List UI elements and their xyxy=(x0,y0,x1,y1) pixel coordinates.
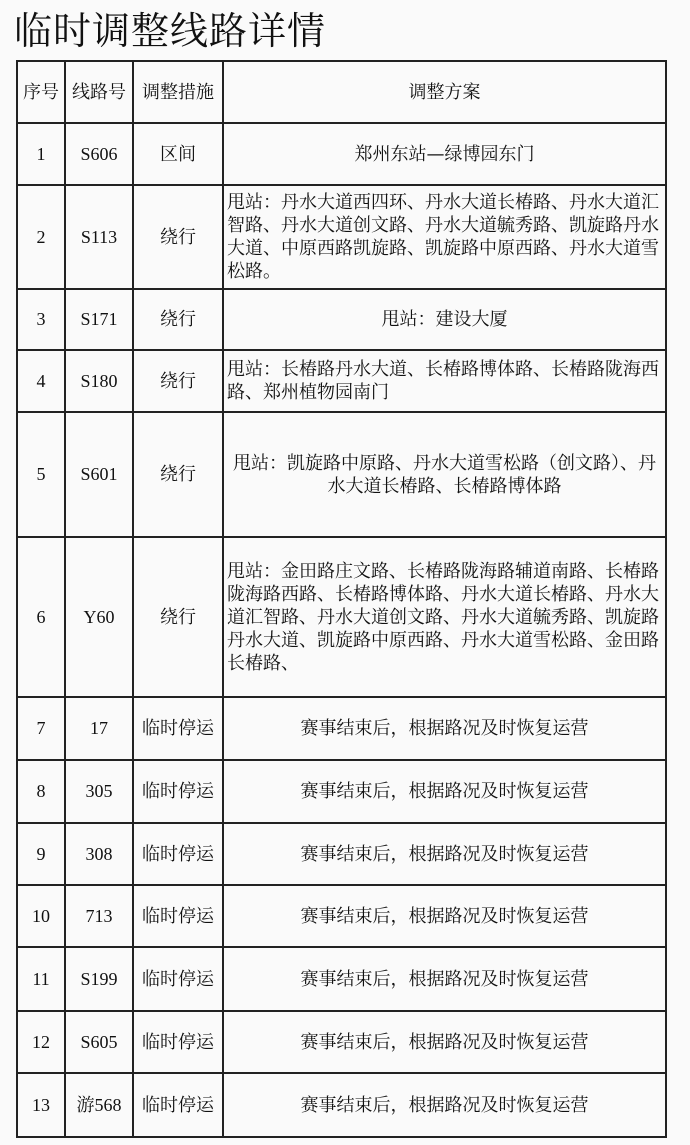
table-row: 717临时停运赛事结束后，根据路况及时恢复运营 xyxy=(17,697,666,760)
row-no: 1 xyxy=(17,123,65,185)
row-measure: 绕行 xyxy=(133,537,223,697)
row-measure: 临时停运 xyxy=(133,1011,223,1073)
table-row: 10713临时停运赛事结束后，根据路况及时恢复运营 xyxy=(17,885,666,947)
table-row: 6Y60绕行甩站：金田路庄文路、长椿路陇海路辅道南路、长椿路陇海路西路、长椿路博… xyxy=(17,537,666,697)
table-row: 13游568临时停运赛事结束后，根据路况及时恢复运营 xyxy=(17,1073,666,1137)
row-plan: 赛事结束后，根据路况及时恢复运营 xyxy=(223,947,666,1011)
row-line: S605 xyxy=(65,1011,133,1073)
row-no: 10 xyxy=(17,885,65,947)
row-measure: 绕行 xyxy=(133,289,223,350)
row-line: S113 xyxy=(65,185,133,289)
row-plan: 赛事结束后，根据路况及时恢复运营 xyxy=(223,760,666,823)
row-line: S180 xyxy=(65,350,133,412)
row-plan: 甩站：长椿路丹水大道、长椿路博体路、长椿路陇海西路、郑州植物园南门 xyxy=(223,350,666,412)
header-plan: 调整方案 xyxy=(223,61,666,123)
row-line: 17 xyxy=(65,697,133,760)
row-no: 2 xyxy=(17,185,65,289)
row-measure: 临时停运 xyxy=(133,697,223,760)
table-row: 1S606区间郑州东站—绿博园东门 xyxy=(17,123,666,185)
row-measure: 临时停运 xyxy=(133,885,223,947)
row-line: S606 xyxy=(65,123,133,185)
table-row: 9308临时停运赛事结束后，根据路况及时恢复运营 xyxy=(17,823,666,885)
row-line: 305 xyxy=(65,760,133,823)
row-no: 4 xyxy=(17,350,65,412)
row-measure: 临时停运 xyxy=(133,760,223,823)
row-no: 12 xyxy=(17,1011,65,1073)
row-no: 9 xyxy=(17,823,65,885)
row-plan: 赛事结束后，根据路况及时恢复运营 xyxy=(223,697,666,760)
table-row: 8305临时停运赛事结束后，根据路况及时恢复运营 xyxy=(17,760,666,823)
row-no: 11 xyxy=(17,947,65,1011)
row-measure: 临时停运 xyxy=(133,823,223,885)
row-plan: 赛事结束后，根据路况及时恢复运营 xyxy=(223,1073,666,1137)
header-no: 序号 xyxy=(17,61,65,123)
row-plan: 郑州东站—绿博园东门 xyxy=(223,123,666,185)
row-plan: 甩站：凯旋路中原路、丹水大道雪松路（创文路）、丹水大道长椿路、长椿路博体路 xyxy=(223,412,666,537)
row-plan: 甩站：金田路庄文路、长椿路陇海路辅道南路、长椿路陇海路西路、长椿路博体路、丹水大… xyxy=(223,537,666,697)
header-measure: 调整措施 xyxy=(133,61,223,123)
row-line: 308 xyxy=(65,823,133,885)
page-title: 临时调整线路详情 xyxy=(14,6,326,56)
table-row: 5S601绕行甩站：凯旋路中原路、丹水大道雪松路（创文路）、丹水大道长椿路、长椿… xyxy=(17,412,666,537)
row-no: 13 xyxy=(17,1073,65,1137)
table-header-row: 序号 线路号 调整措施 调整方案 xyxy=(17,61,666,123)
row-plan: 甩站：建设大厦 xyxy=(223,289,666,350)
row-no: 7 xyxy=(17,697,65,760)
row-measure: 临时停运 xyxy=(133,947,223,1011)
route-adjustment-table: 序号 线路号 调整措施 调整方案 1S606区间郑州东站—绿博园东门2S113绕… xyxy=(16,60,667,1138)
row-measure: 绕行 xyxy=(133,412,223,537)
table-row: 11S199临时停运赛事结束后，根据路况及时恢复运营 xyxy=(17,947,666,1011)
row-measure: 绕行 xyxy=(133,185,223,289)
row-plan: 甩站：丹水大道西四环、丹水大道长椿路、丹水大道汇智路、丹水大道创文路、丹水大道毓… xyxy=(223,185,666,289)
row-line: Y60 xyxy=(65,537,133,697)
row-line: S601 xyxy=(65,412,133,537)
row-plan: 赛事结束后，根据路况及时恢复运营 xyxy=(223,823,666,885)
table-row: 4S180绕行甩站：长椿路丹水大道、长椿路博体路、长椿路陇海西路、郑州植物园南门 xyxy=(17,350,666,412)
row-measure: 绕行 xyxy=(133,350,223,412)
row-plan: 赛事结束后，根据路况及时恢复运营 xyxy=(223,1011,666,1073)
row-no: 6 xyxy=(17,537,65,697)
row-measure: 临时停运 xyxy=(133,1073,223,1137)
row-no: 5 xyxy=(17,412,65,537)
row-plan: 赛事结束后，根据路况及时恢复运营 xyxy=(223,885,666,947)
row-measure: 区间 xyxy=(133,123,223,185)
table-row: 3S171绕行甩站：建设大厦 xyxy=(17,289,666,350)
table-row: 12S605临时停运赛事结束后，根据路况及时恢复运营 xyxy=(17,1011,666,1073)
row-no: 3 xyxy=(17,289,65,350)
row-no: 8 xyxy=(17,760,65,823)
header-line: 线路号 xyxy=(65,61,133,123)
row-line: 游568 xyxy=(65,1073,133,1137)
row-line: 713 xyxy=(65,885,133,947)
table-row: 2S113绕行甩站：丹水大道西四环、丹水大道长椿路、丹水大道汇智路、丹水大道创文… xyxy=(17,185,666,289)
row-line: S199 xyxy=(65,947,133,1011)
row-line: S171 xyxy=(65,289,133,350)
